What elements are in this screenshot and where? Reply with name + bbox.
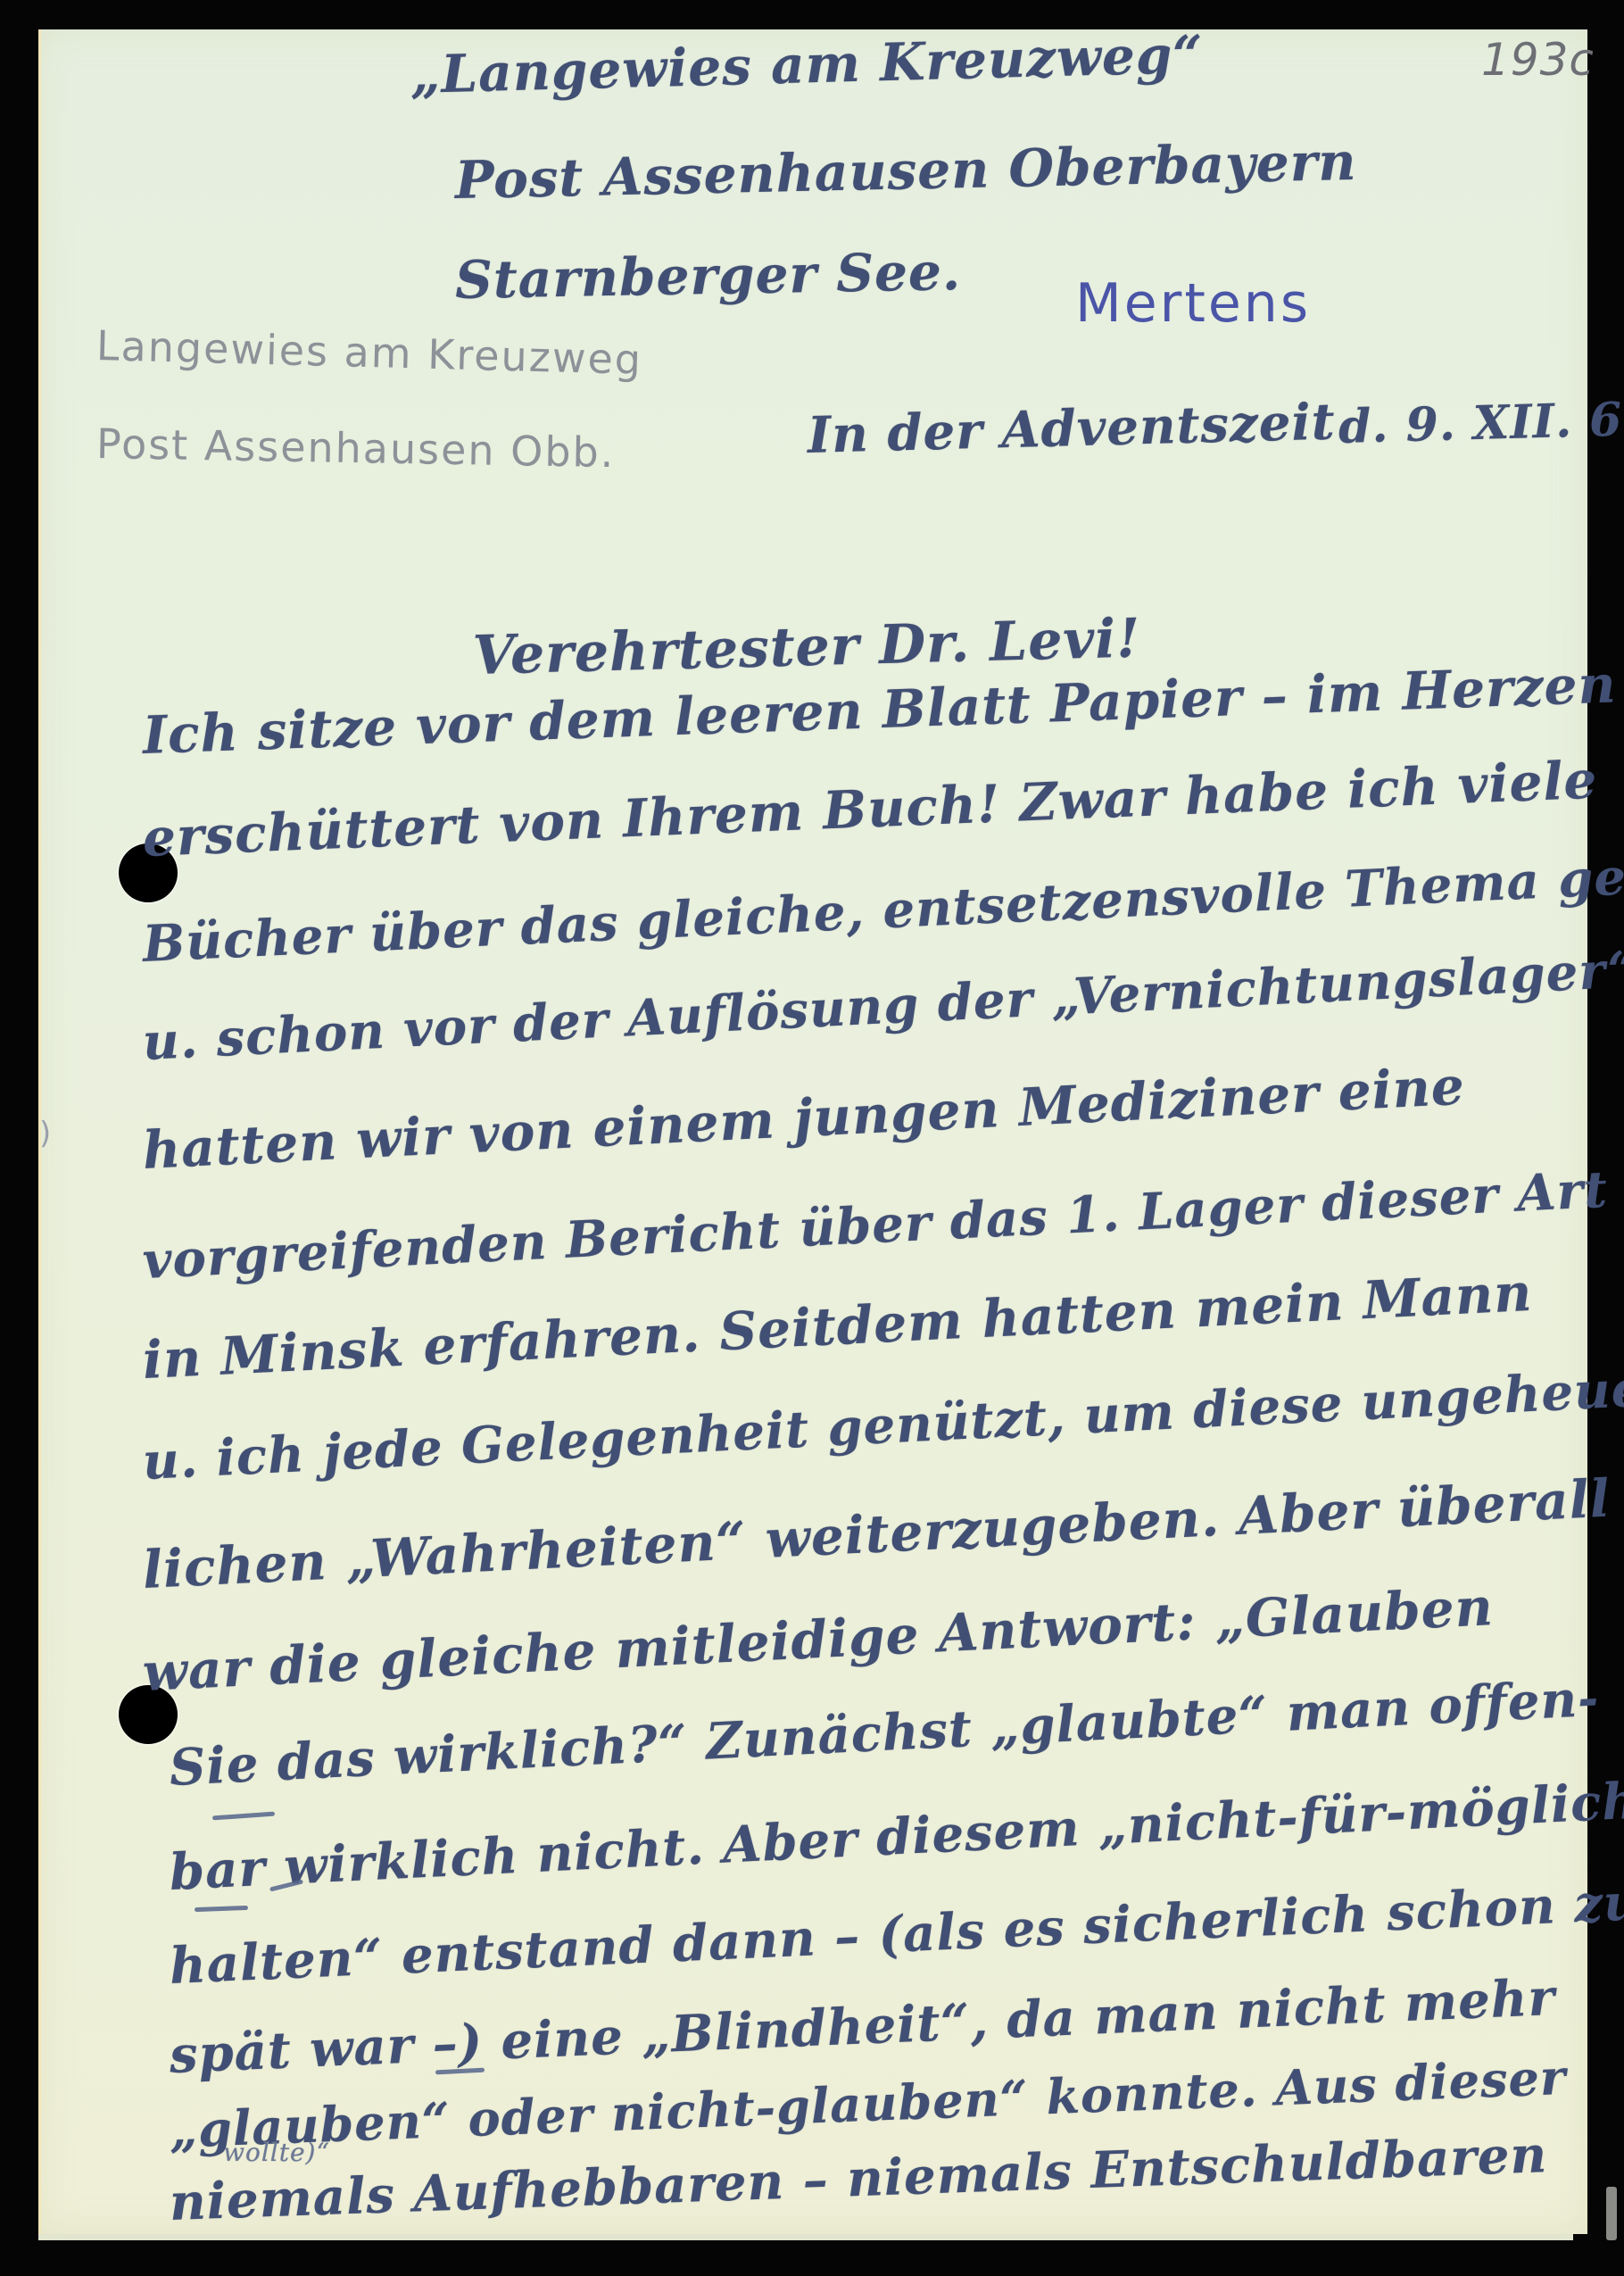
pencil-address-line-2: Post Assenhausen Obb. — [96, 419, 616, 477]
archival-name-annotation: Mertens — [1075, 272, 1311, 335]
margin-bracket-mark: ) — [39, 1116, 51, 1151]
interlinear-insertion: wollte)“ — [223, 2138, 330, 2167]
dateline-date: d. 9. XII. 61 — [1338, 392, 1624, 454]
paper-clip-edge — [1606, 2187, 1617, 2240]
sender-address-line-3: Starnberger See. — [454, 241, 961, 311]
folio-number: 193c — [1481, 34, 1595, 86]
